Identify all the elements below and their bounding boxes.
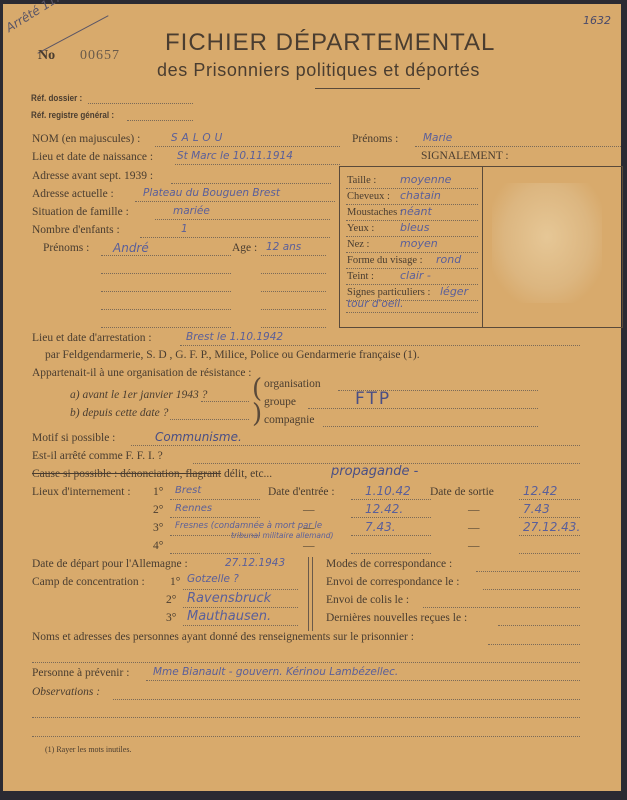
ref-registre-label: Réf. registre général :: [31, 110, 114, 121]
arrestation-par: par Feldgendarmerie, S. D , G. F. P., Mi…: [45, 349, 420, 361]
handwritten-annotation: Arrêté 11.5.43: [3, 0, 84, 35]
internement-entree-line: [351, 517, 431, 518]
ref-registre-field[interactable]: [127, 120, 193, 121]
nouvelles-field[interactable]: [498, 625, 580, 626]
nom-value[interactable]: SALOU: [171, 132, 226, 144]
adresse-avant-field[interactable]: [171, 183, 331, 184]
enfants-value[interactable]: 1: [181, 223, 188, 235]
age-value[interactable]: 12 ans: [266, 241, 301, 253]
internement-lieu[interactable]: Fresnes (condamnée à mort par le: [175, 521, 322, 531]
depart-label: Date de départ pour l'Allemagne :: [32, 558, 188, 570]
prenoms-line: [415, 146, 621, 147]
nom-line: [155, 146, 340, 147]
signes-suite-line: [346, 312, 478, 313]
enfants-prenoms-value[interactable]: André: [113, 241, 149, 255]
internement-entree[interactable]: 1.10.42: [365, 484, 411, 498]
internement-entree-line: [351, 535, 431, 536]
internement-entree-line: [351, 553, 431, 554]
photo-area: [492, 183, 602, 303]
naissance-value[interactable]: St Marc le 10.11.1914: [177, 150, 293, 162]
internement-sortie-line: [519, 499, 580, 500]
internement-num: 3°: [153, 522, 163, 534]
sortie-dash: —: [468, 540, 480, 552]
card-title: FICHIER DÉPARTEMENTAL: [165, 29, 495, 57]
internement-lieu-line: [170, 517, 260, 518]
enfant-5-age[interactable]: [261, 327, 326, 328]
section-divider-left: [308, 557, 309, 631]
internement-label: Lieux d'internement :: [32, 486, 131, 498]
age-line: [261, 255, 326, 256]
signalement-label: Nez :: [347, 239, 369, 250]
motif-line: [131, 445, 580, 446]
nom-label: NOM (en majuscules) :: [32, 133, 140, 145]
brace-right: ): [252, 399, 262, 429]
internement-num: 2°: [153, 504, 163, 516]
envoi-corr-field[interactable]: [483, 589, 580, 590]
adresse-actuelle-line: [135, 201, 335, 202]
prisoner-record-card: Arrêté 11.5.43 No 00657 1632 FICHIER DÉP…: [3, 4, 621, 791]
prenoms-value[interactable]: Marie: [423, 132, 452, 144]
camp-label: Camp de concentration :: [32, 576, 145, 588]
internement-sortie-line: [519, 517, 580, 518]
signalement-value[interactable]: clair -: [400, 269, 431, 282]
arrestation-label: Lieu et date d'arrestation :: [32, 332, 152, 344]
enfants-label: Nombre d'enfants :: [32, 224, 120, 236]
camp-value[interactable]: Ravensbruck: [187, 591, 271, 606]
internement-sortie-line: [519, 553, 580, 554]
internement-sortie-line: [519, 535, 580, 536]
resistance-a-field[interactable]: [201, 401, 249, 402]
entree-label: Date d'entrée :: [268, 486, 335, 498]
signalement-label: Yeux :: [347, 223, 374, 234]
signalement-value[interactable]: moyenne: [400, 173, 451, 186]
camp-num: 1°: [170, 576, 180, 588]
arrestation-line: [180, 345, 580, 346]
depart-value[interactable]: 27.12.1943: [225, 557, 285, 569]
card-number: 00657: [80, 48, 120, 64]
motif-label: Motif si possible :: [32, 432, 115, 444]
signalement-value[interactable]: néant: [400, 205, 432, 218]
enfant-3-prenoms[interactable]: [101, 291, 231, 292]
observations-field-2[interactable]: [32, 717, 580, 718]
compagnie-label: compagnie: [264, 414, 314, 426]
camp-line: [183, 625, 298, 626]
age-label: Age :: [232, 242, 257, 254]
internement-sortie[interactable]: 12.42: [523, 484, 557, 498]
internement-lieu[interactable]: Brest: [175, 485, 201, 496]
signalement-value[interactable]: bleus: [400, 221, 430, 234]
signalement-value[interactable]: léger: [440, 285, 468, 298]
ffi-label: Est-il arrêté comme F. F. I. ?: [32, 450, 163, 462]
enfant-4-age[interactable]: [261, 309, 326, 310]
enfant-3-age[interactable]: [261, 291, 326, 292]
internement-lieu[interactable]: Rennes: [175, 503, 212, 514]
enfants-prenoms-line: [101, 255, 231, 256]
title-ornament: [315, 88, 420, 89]
signalement-value[interactable]: moyen: [400, 237, 438, 250]
envoi-colis-field[interactable]: [423, 607, 580, 608]
footnote: (1) Rayer les mots inutiles.: [45, 745, 131, 754]
envoi-corr-label: Envoi de correspondance le :: [326, 576, 459, 588]
organisation-label: organisation: [264, 378, 321, 390]
signalement-label: Signes particuliers :: [347, 287, 430, 298]
entree-dash: —: [303, 504, 315, 516]
sortie-dash: —: [468, 504, 480, 516]
internement-entree[interactable]: 7.43.: [365, 520, 396, 534]
internement-sortie[interactable]: 7.43: [523, 502, 550, 516]
ref-dossier-label: Réf. dossier :: [31, 93, 82, 104]
adresse-actuelle-label: Adresse actuelle :: [32, 188, 114, 200]
resistance-a-label: a) avant le 1er janvier 1943 ?: [70, 389, 207, 401]
internement-num: 1°: [153, 486, 163, 498]
enfant-4-prenoms[interactable]: [101, 309, 231, 310]
internement-lieu-line: [170, 553, 260, 554]
observations-field[interactable]: [113, 699, 580, 700]
corner-number: 1632: [583, 14, 611, 27]
camp-value[interactable]: Gotzelle ?: [187, 573, 239, 585]
modes-label: Modes de correspondance :: [326, 558, 452, 570]
compagnie-field[interactable]: [323, 426, 538, 427]
camp-num: 2°: [166, 594, 176, 606]
internement-entree-line: [351, 499, 431, 500]
renseignements-field-2[interactable]: [32, 662, 580, 663]
signalement-label: Teint :: [347, 271, 374, 282]
resistance-b-label: b) depuis cette date ?: [70, 407, 168, 419]
card-subtitle: des Prisonniers politiques et déportés: [157, 60, 480, 81]
cause-label-rest: délit, etc...: [221, 468, 272, 480]
internement-sortie[interactable]: 27.12.43.: [523, 520, 580, 534]
sortie-label: Date de sortie: [430, 486, 494, 498]
signalement-label: Moustaches :: [347, 207, 403, 218]
prevenir-value[interactable]: Mme Bianault - gouvern. Kérinou Lambézel…: [153, 666, 398, 678]
internement-entree[interactable]: 12.42.: [365, 502, 403, 516]
internement-lieu-suite[interactable]: tribunal militaire allemand): [231, 531, 333, 540]
enfants-prenoms-label: Prénoms :: [43, 242, 89, 254]
entree-dash: —: [303, 540, 315, 552]
naissance-label: Lieu et date de naissance :: [32, 151, 153, 163]
observations-field-3[interactable]: [32, 736, 580, 737]
naissance-line: [175, 164, 340, 165]
signes-suite[interactable]: tour d'oeil.: [347, 298, 403, 310]
camp-line: [183, 607, 298, 608]
signalement-label: Taille :: [347, 175, 376, 186]
enfant-2-prenoms[interactable]: [101, 273, 231, 274]
signalement-value[interactable]: rond: [436, 253, 461, 266]
enfants-line: [140, 237, 330, 238]
sortie-dash: —: [468, 522, 480, 534]
signalement-value[interactable]: chatain: [400, 189, 441, 202]
groupe-line: [308, 408, 538, 409]
famille-line: [155, 219, 330, 220]
signalement-divider: [482, 167, 483, 327]
renseignements-field[interactable]: [488, 644, 580, 645]
cause-label: Cause si possible : dénonciation, flagra…: [32, 468, 272, 480]
internement-lieu-line: [170, 499, 260, 500]
envoi-colis-label: Envoi de colis le :: [326, 594, 409, 606]
cause-value[interactable]: propagande -: [331, 464, 418, 479]
prenoms-label: Prénoms :: [352, 133, 398, 145]
signalement-box: Taille : moyenneCheveux : chatainMoustac…: [339, 166, 623, 328]
prevenir-line: [146, 680, 580, 681]
famille-label: Situation de famille :: [32, 206, 129, 218]
card-number-label: No: [38, 48, 55, 64]
internement-num: 4°: [153, 540, 163, 552]
famille-value[interactable]: mariée: [173, 205, 210, 217]
camp-line: [183, 589, 298, 590]
prevenir-label: Personne à prévenir :: [32, 667, 129, 679]
resistance-question: Appartenait-il à une organisation de rés…: [32, 367, 252, 379]
groupe-label: groupe: [264, 396, 296, 408]
adresse-avant-label: Adresse avant sept. 1939 :: [32, 170, 153, 182]
signalement-label: Forme du visage :: [347, 255, 423, 266]
nouvelles-label: Dernières nouvelles reçues le :: [326, 612, 467, 624]
modes-field[interactable]: [476, 571, 580, 572]
renseignements-label: Noms et adresses des personnes ayant don…: [32, 631, 414, 643]
motif-value[interactable]: Communisme.: [155, 430, 242, 444]
adresse-actuelle-value[interactable]: Plateau du Bouguen Brest: [143, 187, 280, 199]
enfant-2-age[interactable]: [261, 273, 326, 274]
arrestation-value[interactable]: Brest le 1.10.1942: [186, 331, 283, 343]
signalement-label: Cheveux :: [347, 191, 390, 202]
camp-value[interactable]: Mauthausen.: [187, 609, 271, 624]
camp-num: 3°: [166, 612, 176, 624]
resistance-b-field[interactable]: [170, 419, 249, 420]
section-divider-right: [312, 557, 313, 631]
ref-dossier-field[interactable]: [88, 103, 193, 104]
signalement-title: SIGNALEMENT :: [421, 150, 509, 162]
groupe-value[interactable]: FTP: [355, 389, 391, 409]
cause-label-struck: Cause si possible : dénonciation, flagra…: [32, 468, 221, 480]
enfant-5-prenoms[interactable]: [101, 327, 231, 328]
observations-label: Observations :: [32, 686, 100, 698]
